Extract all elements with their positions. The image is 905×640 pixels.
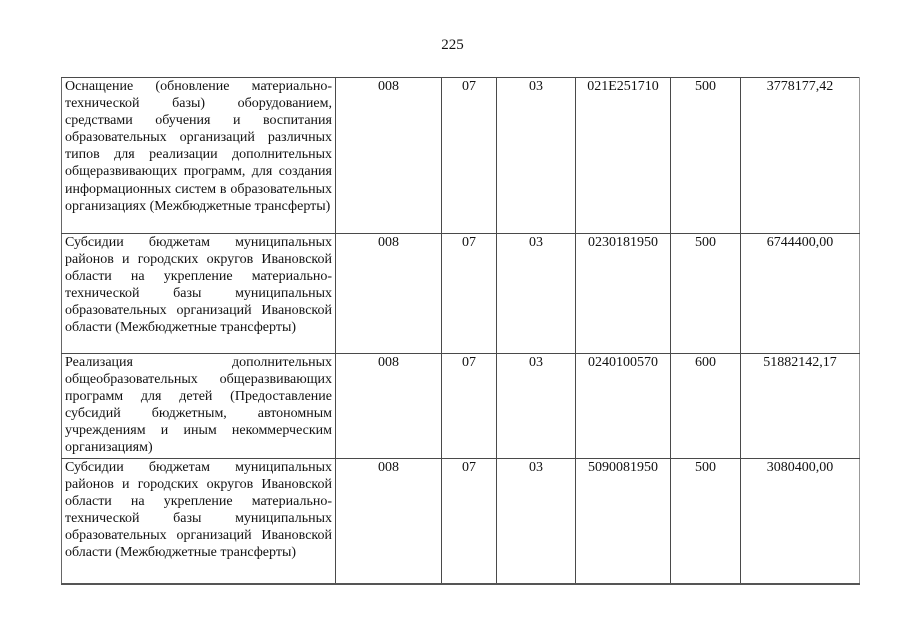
expense-type-code: 500 — [671, 459, 741, 584]
target-article-code: 0230181950 — [576, 234, 671, 354]
section-code: 07 — [442, 78, 497, 234]
amount: 3080400,00 — [741, 459, 860, 584]
amount: 51882142,17 — [741, 354, 860, 459]
ministry-code: 008 — [336, 459, 442, 584]
page-number: 225 — [0, 36, 905, 54]
table-row: Субсидии бюджетам муниципальных районов … — [62, 459, 860, 584]
table-row: Оснащение (обновление материально-технич… — [62, 78, 860, 234]
ministry-code: 008 — [336, 234, 442, 354]
amount: 3778177,42 — [741, 78, 860, 234]
budget-table: Оснащение (обновление материально-технич… — [61, 77, 860, 585]
subsection-code: 03 — [497, 78, 576, 234]
ministry-code: 008 — [336, 78, 442, 234]
expense-type-code: 600 — [671, 354, 741, 459]
target-article-code: 5090081950 — [576, 459, 671, 584]
table-row: Реализация дополнительных общеобразовате… — [62, 354, 860, 459]
subsection-code: 03 — [497, 234, 576, 354]
amount: 6744400,00 — [741, 234, 860, 354]
ministry-code: 008 — [336, 354, 442, 459]
expense-type-code: 500 — [671, 78, 741, 234]
row-description: Субсидии бюджетам муниципальных районов … — [62, 459, 336, 584]
subsection-code: 03 — [497, 354, 576, 459]
target-article-code: 0240100570 — [576, 354, 671, 459]
section-code: 07 — [442, 354, 497, 459]
section-code: 07 — [442, 234, 497, 354]
row-description: Субсидии бюджетам муниципальных районов … — [62, 234, 336, 354]
table-row: Субсидии бюджетам муниципальных районов … — [62, 234, 860, 354]
subsection-code: 03 — [497, 459, 576, 584]
row-description: Оснащение (обновление материально-технич… — [62, 78, 336, 234]
expense-type-code: 500 — [671, 234, 741, 354]
section-code: 07 — [442, 459, 497, 584]
row-description: Реализация дополнительных общеобразовате… — [62, 354, 336, 459]
target-article-code: 021E251710 — [576, 78, 671, 234]
